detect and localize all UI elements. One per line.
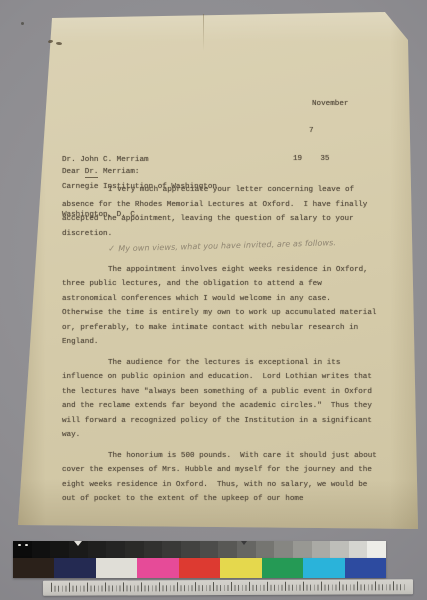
grayscale-step — [349, 541, 368, 558]
letter-date: November 7 19 35 — [293, 81, 348, 183]
grayscale-step — [330, 541, 349, 558]
background-speck — [21, 22, 24, 25]
grayscale-calibration-bar — [13, 541, 386, 558]
grayscale-step — [200, 541, 219, 558]
letter-body: I very much appreciate your letter conce… — [62, 183, 380, 513]
paragraph-1: I very much appreciate your letter conce… — [62, 183, 380, 257]
grayscale-step — [162, 541, 181, 558]
color-patch-navy — [54, 558, 95, 578]
handwritten-annotation-text: My own views, what you have invited, are… — [118, 238, 336, 253]
registration-triangle — [74, 541, 82, 546]
color-patch-green — [262, 558, 303, 578]
salutation-underlined: Dr. — [85, 168, 99, 178]
color-patch-magenta — [137, 558, 178, 578]
registration-dot — [25, 544, 28, 546]
salutation-post: Merriam: — [98, 168, 139, 176]
date-month: November — [312, 100, 348, 109]
handwritten-annotation: ✓ My own views, what you have invited, a… — [62, 236, 336, 258]
paragraph-1-text: I very much appreciate your letter conce… — [62, 186, 372, 238]
recipient-name: Dr. John C. Merriam — [62, 156, 217, 165]
paragraph-2: The appointment involves eight weeks res… — [62, 263, 380, 350]
grayscale-step — [125, 541, 144, 558]
color-calibration-bar — [13, 558, 386, 578]
color-patch-white — [96, 558, 137, 578]
salutation: Dear Dr. Merriam: — [62, 168, 139, 176]
grayscale-step — [312, 541, 331, 558]
grayscale-step — [218, 541, 237, 558]
color-patch-cyan — [303, 558, 344, 578]
grayscale-step — [144, 541, 163, 558]
registration-dot — [18, 544, 21, 546]
measurement-ruler — [43, 579, 413, 596]
grayscale-step — [106, 541, 125, 558]
paper-speck — [56, 42, 62, 46]
grayscale-step — [274, 541, 293, 558]
date-day-inserted: 7 — [309, 127, 348, 136]
paragraph-4: The honorium is 500 pounds. With care it… — [62, 449, 380, 507]
grayscale-step — [293, 541, 312, 558]
paragraph-3: The audience for the lectures is excepti… — [62, 356, 380, 443]
grayscale-step — [32, 541, 51, 558]
color-patch-red — [179, 558, 220, 578]
grayscale-step — [88, 541, 107, 558]
grayscale-step — [50, 541, 69, 558]
paper-crease — [203, 14, 204, 51]
color-patch-blue — [345, 558, 386, 578]
registration-notch — [241, 541, 247, 545]
salutation-pre: Dear — [62, 168, 85, 176]
grayscale-step — [13, 541, 32, 558]
grayscale-step — [181, 541, 200, 558]
grayscale-step — [256, 541, 275, 558]
checkmark-annotation: ✓ — [108, 244, 116, 254]
scanned-letter-photo: November 7 19 35 Dr. John C. Merriam Car… — [0, 0, 427, 600]
date-year: 19 35 — [293, 155, 348, 164]
grayscale-step — [367, 541, 386, 558]
color-patch-yellow — [220, 558, 261, 578]
color-patch-black — [13, 558, 54, 578]
